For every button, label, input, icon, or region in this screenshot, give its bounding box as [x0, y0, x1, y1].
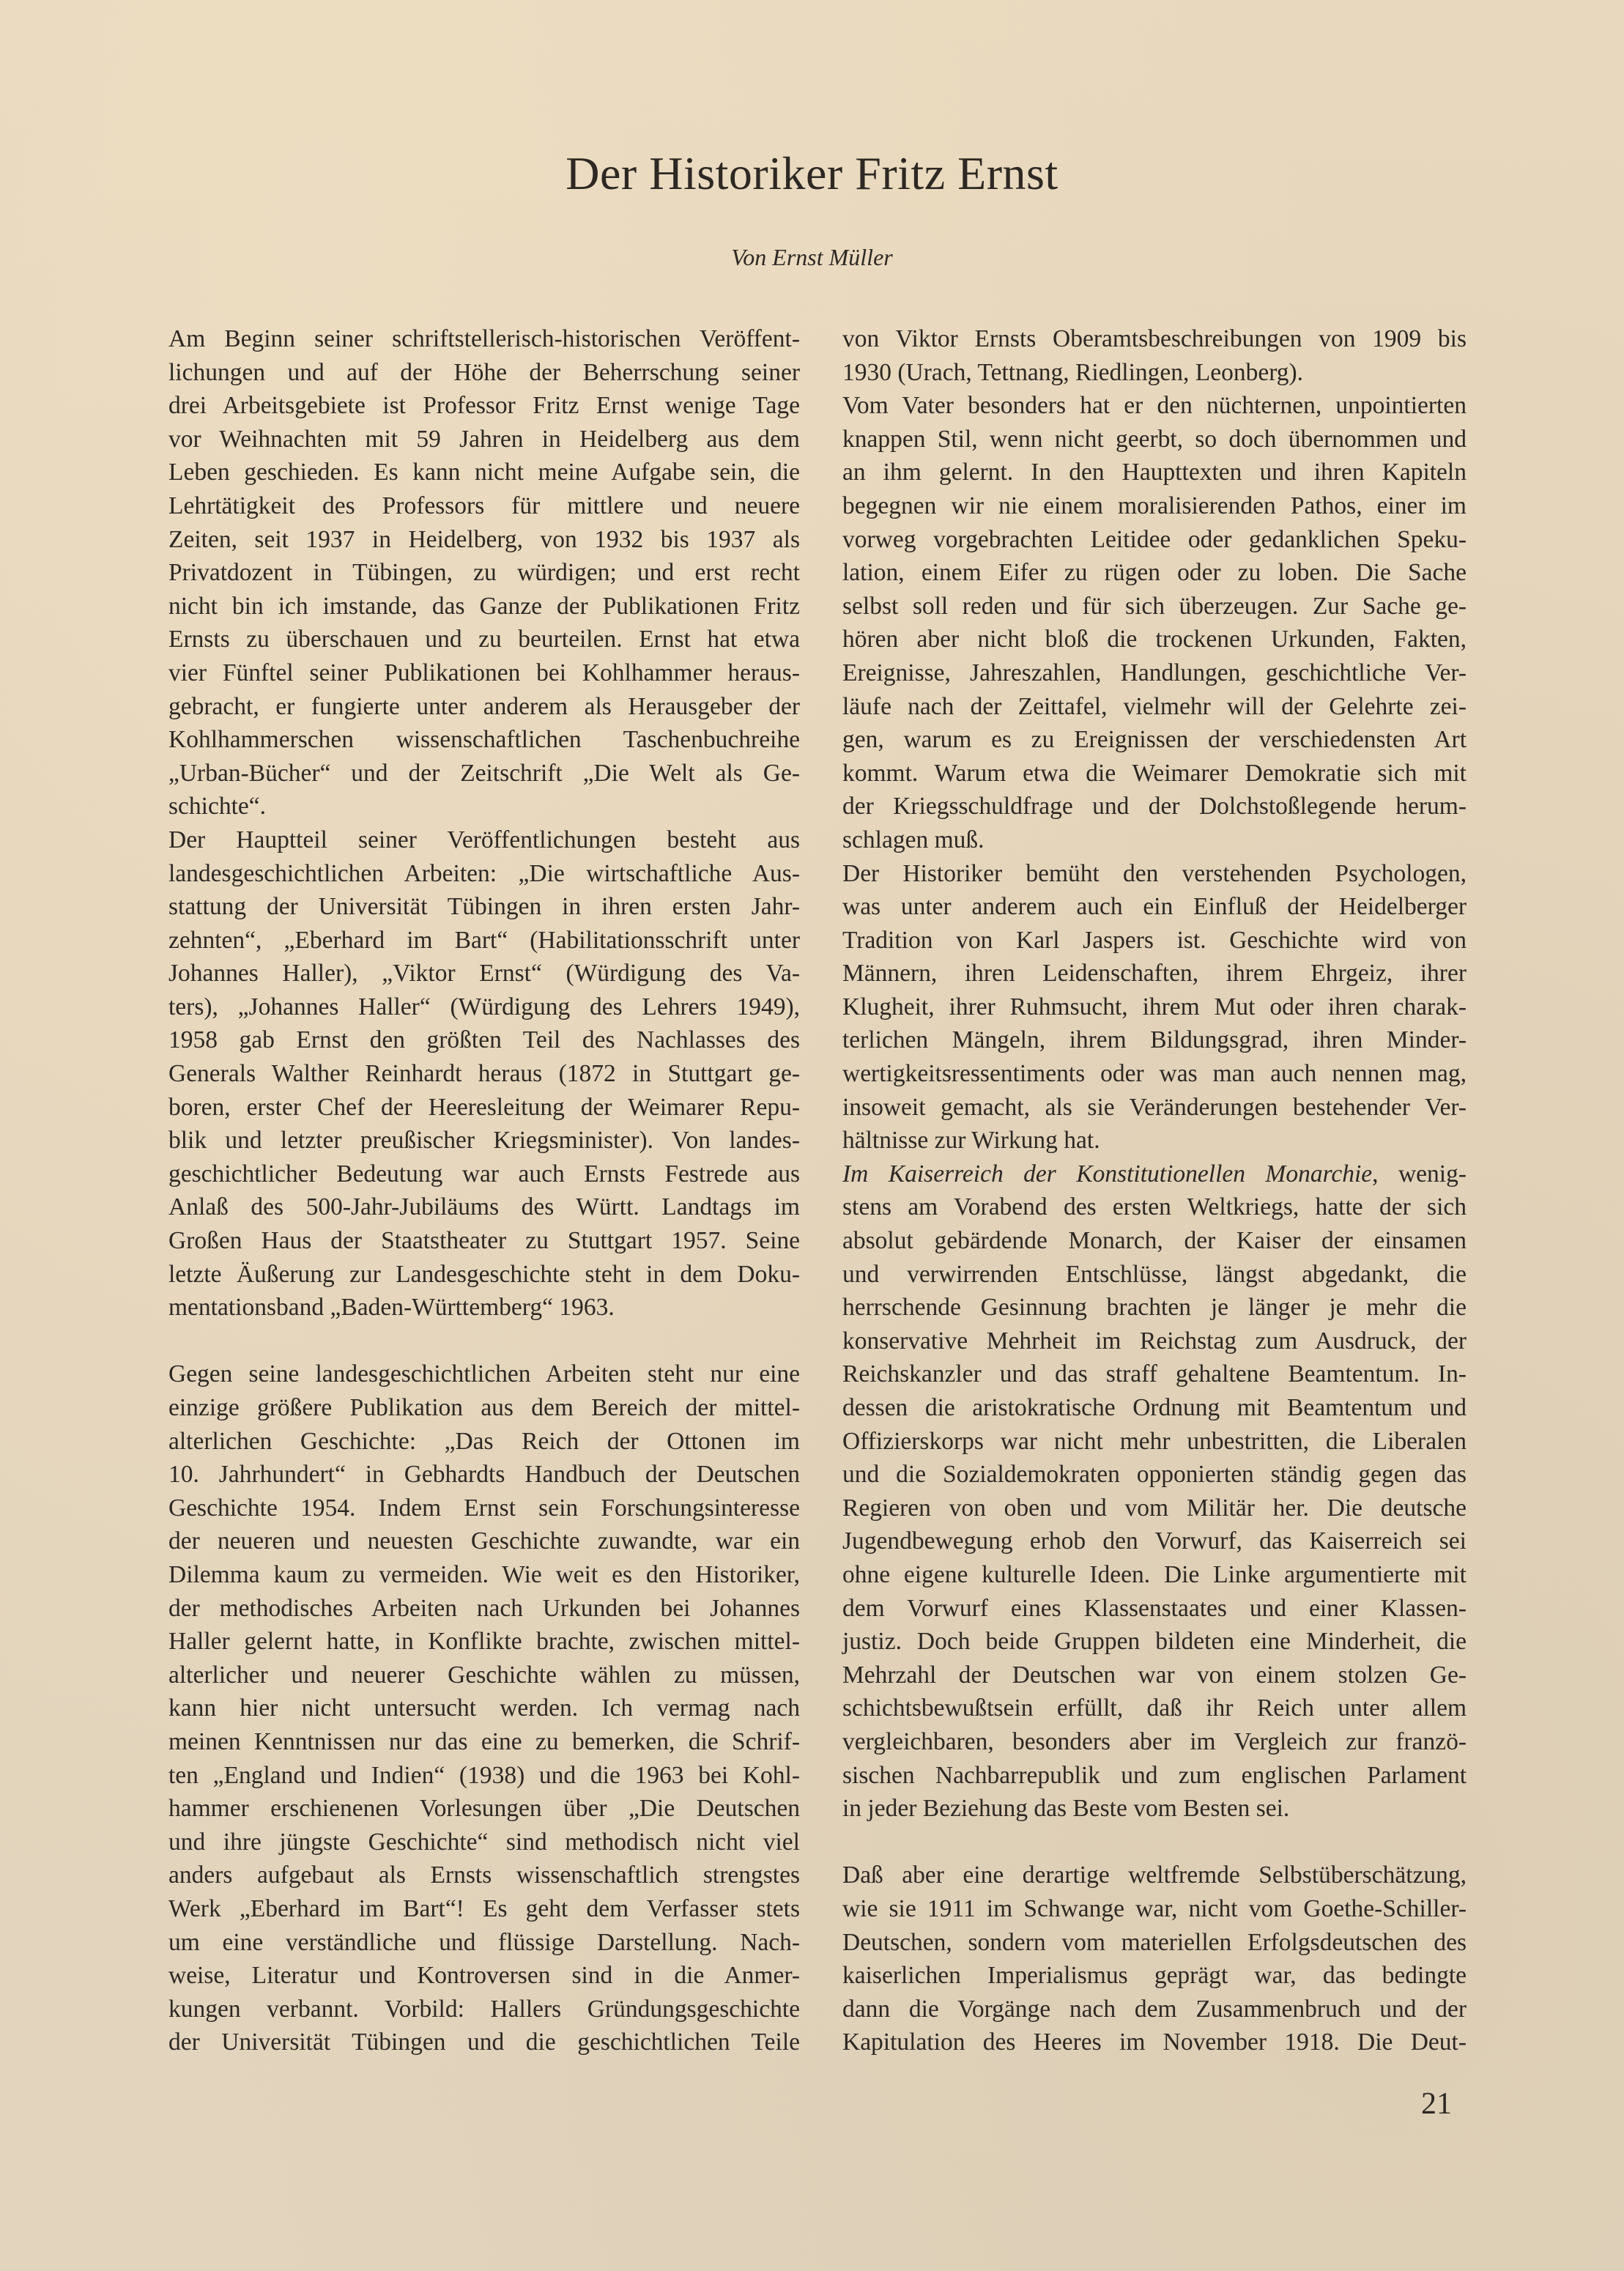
paragraph: Der Hauptteil seiner Veröffentlichungen … — [168, 823, 800, 1325]
text-line: Geschichte 1954. Indem Ernst sein Forsch… — [168, 1492, 800, 1525]
author-byline: Von Ernst Müller — [0, 244, 1624, 271]
text-line: Ereignisse, Jahreszahlen, Handlungen, ge… — [842, 656, 1467, 690]
page-number: 21 — [1421, 2086, 1452, 2122]
text-line: Johannes Haller), „Viktor Ernst“ (Würdig… — [168, 957, 800, 990]
text-line: alterlicher und neuerer Geschichte wähle… — [168, 1659, 800, 1692]
text-line: in jeder Beziehung das Beste vom Besten … — [842, 1792, 1467, 1826]
text-line: Werk „Eberhard im Bart“! Es geht dem Ver… — [168, 1892, 800, 1926]
paragraph-gap — [842, 1826, 1467, 1859]
text-line: stattung der Universität Tübingen in ihr… — [168, 890, 800, 924]
text-line: Offizierskorps war nicht mehr unbestritt… — [842, 1425, 1467, 1459]
text-line: begegnen wir nie einem moralisierenden P… — [842, 489, 1467, 523]
text-line: einzige größere Publikation aus dem Bere… — [168, 1391, 800, 1425]
text-line: absolut gebärdende Monarch, der Kaiser d… — [842, 1224, 1467, 1258]
paragraph: Am Beginn seiner schriftstellerisch-hist… — [168, 322, 800, 823]
text-line: nicht bin ich imstande, das Ganze der Pu… — [168, 590, 800, 623]
paragraph: Daß aber eine derartige weltfremde Selbs… — [842, 1859, 1467, 2059]
text-line: Jugendbewegung erhob den Vorwurf, das Ka… — [842, 1525, 1467, 1558]
text-line: zehnten“, „Eberhard im Bart“ (Habilitati… — [168, 924, 800, 957]
text-line: sischen Nachbarrepublik und zum englisch… — [842, 1759, 1467, 1793]
text-line: an ihm gelernt. In den Haupttexten und i… — [842, 456, 1467, 489]
text-line: dann die Vorgänge nach dem Zusammenbruch… — [842, 1993, 1467, 2026]
paragraph: Der Historiker bemüht den verstehenden P… — [842, 857, 1467, 1157]
text-line: der methodisches Arbeiten nach Urkunden … — [168, 1592, 800, 1626]
text-line: 1930 (Urach, Tettnang, Riedlingen, Leonb… — [842, 356, 1467, 390]
text-line: Reichskanzler und das straff gehaltene B… — [842, 1357, 1467, 1391]
text-line: kaiserlichen Imperialismus geprägt war, … — [842, 1959, 1467, 1993]
text-line: von Viktor Ernsts Oberamtsbeschreibungen… — [842, 322, 1467, 356]
text-line: herrschende Gesinnung brachten je länger… — [842, 1291, 1467, 1325]
text-line: und die Sozialdemokraten opponierten stä… — [842, 1458, 1467, 1492]
text-line: ten „England und Indien“ (1938) und die … — [168, 1759, 800, 1793]
text-line: Kapitulation des Heeres im November 1918… — [842, 2026, 1467, 2059]
text-line: Tradition von Karl Jaspers ist. Geschich… — [842, 924, 1467, 957]
text-line: vergleichbaren, besonders aber im Vergle… — [842, 1725, 1467, 1759]
text-line: Gegen seine landesgeschichtlichen Arbeit… — [168, 1357, 800, 1391]
text-run: , wenig- — [1372, 1160, 1467, 1188]
text-line: und ihre jüngste Geschichte“ sind method… — [168, 1826, 800, 1859]
paragraph-gap — [168, 1325, 800, 1358]
text-line: Generals Walther Reinhardt heraus (1872 … — [168, 1057, 800, 1091]
paragraph: Gegen seine landesgeschichtlichen Arbeit… — [168, 1357, 800, 2059]
text-line: der Kriegsschuldfrage und der Dolchstoßl… — [842, 790, 1467, 823]
text-line: drei Arbeitsgebiete ist Professor Fritz … — [168, 389, 800, 423]
text-line: gen, warum es zu Ereignissen der verschi… — [842, 723, 1467, 757]
paragraph: von Viktor Ernsts Oberamtsbeschreibungen… — [842, 322, 1467, 389]
text-line: was unter anderem auch ein Einfluß der H… — [842, 890, 1467, 924]
text-line: Der Hauptteil seiner Veröffentlichungen … — [168, 823, 800, 857]
text-line: Dilemma kaum zu vermeiden. Wie weit es d… — [168, 1558, 800, 1592]
text-line: selbst soll reden und für sich überzeuge… — [842, 590, 1467, 623]
text-line: stens am Vorabend des ersten Weltkriegs,… — [842, 1190, 1467, 1224]
text-line: ters), „Johannes Haller“ (Würdigung des … — [168, 990, 800, 1024]
text-line: Lehrtätigkeit des Professors für mittler… — [168, 489, 800, 523]
text-line: und verwirrenden Entschlüsse, längst abg… — [842, 1258, 1467, 1292]
text-line: alterlichen Geschichte: „Das Reich der O… — [168, 1425, 800, 1459]
text-line: kommt. Warum etwa die Weimarer Demokrati… — [842, 757, 1467, 790]
text-line: Kohlhammerschen wissenschaftlichen Tasch… — [168, 723, 800, 757]
text-line: Am Beginn seiner schriftstellerisch-hist… — [168, 322, 800, 356]
text-line: wie sie 1911 im Schwange war, nicht vom … — [842, 1892, 1467, 1926]
text-line: anders aufgebaut als Ernsts wissenschaft… — [168, 1859, 800, 1892]
text-line: Leben geschieden. Es kann nicht meine Au… — [168, 456, 800, 489]
right-column: von Viktor Ernsts Oberamtsbeschreibungen… — [842, 322, 1467, 2059]
text-line: Deutschen, sondern vom materiellen Erfol… — [842, 1926, 1467, 1960]
text-line: vor Weihnachten mit 59 Jahren in Heidelb… — [168, 423, 800, 456]
text-line: Der Historiker bemüht den verstehenden P… — [842, 857, 1467, 891]
text-line: kungen verbannt. Vorbild: Hallers Gründu… — [168, 1993, 800, 2026]
text-line: Vom Vater besonders hat er den nüchterne… — [842, 389, 1467, 423]
text-line: vorweg vorgebrachten Leitidee oder gedan… — [842, 523, 1467, 557]
text-line: läufe nach der Zeittafel, vielmehr will … — [842, 690, 1467, 724]
text-line: hältnisse zur Wirkung hat. — [842, 1124, 1467, 1157]
text-line: weise, Literatur und Kontroversen sind i… — [168, 1959, 800, 1993]
text-line: vier Fünftel seiner Publikationen bei Ko… — [168, 656, 800, 690]
text-line: justiz. Doch beide Gruppen bildeten eine… — [842, 1625, 1467, 1659]
text-line: Männern, ihren Leidenschaften, ihrem Ehr… — [842, 957, 1467, 990]
page-title: Der Historiker Fritz Ernst — [0, 147, 1624, 201]
italic-emphasis: Im Kaiserreich der Konstitutionellen Mon… — [842, 1160, 1372, 1188]
text-line: Ernsts zu überschauen und zu beurteilen.… — [168, 623, 800, 656]
text-line: hammer erschienenen Vorlesungen über „Di… — [168, 1792, 800, 1826]
text-line: knappen Stil, wenn nicht geerbt, so doch… — [842, 423, 1467, 456]
text-line: konservative Mehrheit im Reichstag zum A… — [842, 1325, 1467, 1358]
text-line: wertigkeitsressentiments oder was man au… — [842, 1057, 1467, 1091]
text-line: „Urban-Bücher“ und der Zeitschrift „Die … — [168, 757, 800, 790]
text-line: Regieren von oben und vom Militär her. D… — [842, 1492, 1467, 1525]
text-line: landesgeschichtlichen Arbeiten: „Die wir… — [168, 857, 800, 891]
text-line: terlichen Mängeln, ihrem Bildungsgrad, i… — [842, 1023, 1467, 1057]
text-line: schichte“. — [168, 790, 800, 823]
text-line: dem Vorwurf eines Klassenstaates und ein… — [842, 1592, 1467, 1626]
text-line: Mehrzahl der Deutschen war von einem sto… — [842, 1659, 1467, 1692]
text-line: Privatdozent in Tübingen, zu würdigen; u… — [168, 556, 800, 590]
text-line: Haller gelernt hatte, in Konflikte brach… — [168, 1625, 800, 1659]
text-line: Klugheit, ihrer Ruhmsucht, ihrem Mut ode… — [842, 990, 1467, 1024]
left-column: Am Beginn seiner schriftstellerisch-hist… — [168, 322, 800, 2059]
text-line: 10. Jahrhundert“ in Gebhardts Handbuch d… — [168, 1458, 800, 1492]
text-line: Großen Haus der Staatstheater zu Stuttga… — [168, 1224, 800, 1258]
text-line: gebracht, er fungierte unter anderem als… — [168, 690, 800, 724]
text-line: geschichtlicher Bedeutung war auch Ernst… — [168, 1157, 800, 1191]
text-line: 1958 gab Ernst den größten Teil des Nach… — [168, 1023, 800, 1057]
text-line: letzte Äußerung zur Landesgeschichte ste… — [168, 1258, 800, 1292]
text-line: Anlaß des 500-Jahr-Jubiläums des Württ. … — [168, 1190, 800, 1224]
text-line: boren, erster Chef der Heeresleitung der… — [168, 1091, 800, 1125]
text-line: der neueren und neuesten Geschichte zuwa… — [168, 1525, 800, 1558]
text-line: ohne eigene kulturelle Ideen. Die Linke … — [842, 1558, 1467, 1592]
text-line: schichtsbewußtsein erfüllt, daß ihr Reic… — [842, 1692, 1467, 1725]
text-line: schlagen muß. — [842, 823, 1467, 857]
text-line: insoweit gemacht, als sie Veränderungen … — [842, 1091, 1467, 1125]
text-line: lation, einem Eifer zu rügen oder zu lob… — [842, 556, 1467, 590]
text-line: der Universität Tübingen und die geschic… — [168, 2026, 800, 2059]
text-line: lichungen und auf der Höhe der Beherrsch… — [168, 356, 800, 390]
paragraph: Im Kaiserreich der Konstitutionellen Mon… — [842, 1157, 1467, 1826]
text-line: meinen Kenntnissen nur das eine zu bemer… — [168, 1725, 800, 1759]
text-line: Im Kaiserreich der Konstitutionellen Mon… — [842, 1157, 1467, 1191]
text-line: um eine verständliche und flüssige Darst… — [168, 1926, 800, 1960]
text-line: mentationsband „Baden-Württemberg“ 1963. — [168, 1291, 800, 1325]
text-line: hören aber nicht bloß die trockenen Urku… — [842, 623, 1467, 656]
text-line: Daß aber eine derartige weltfremde Selbs… — [842, 1859, 1467, 1892]
text-line: blik und letzter preußischer Kriegsminis… — [168, 1124, 800, 1157]
text-line: kann hier nicht untersucht werden. Ich v… — [168, 1692, 800, 1725]
text-line: dessen die aristokratische Ordnung mit B… — [842, 1391, 1467, 1425]
text-line: Zeiten, seit 1937 in Heidelberg, von 193… — [168, 523, 800, 557]
paragraph: Vom Vater besonders hat er den nüchterne… — [842, 389, 1467, 856]
